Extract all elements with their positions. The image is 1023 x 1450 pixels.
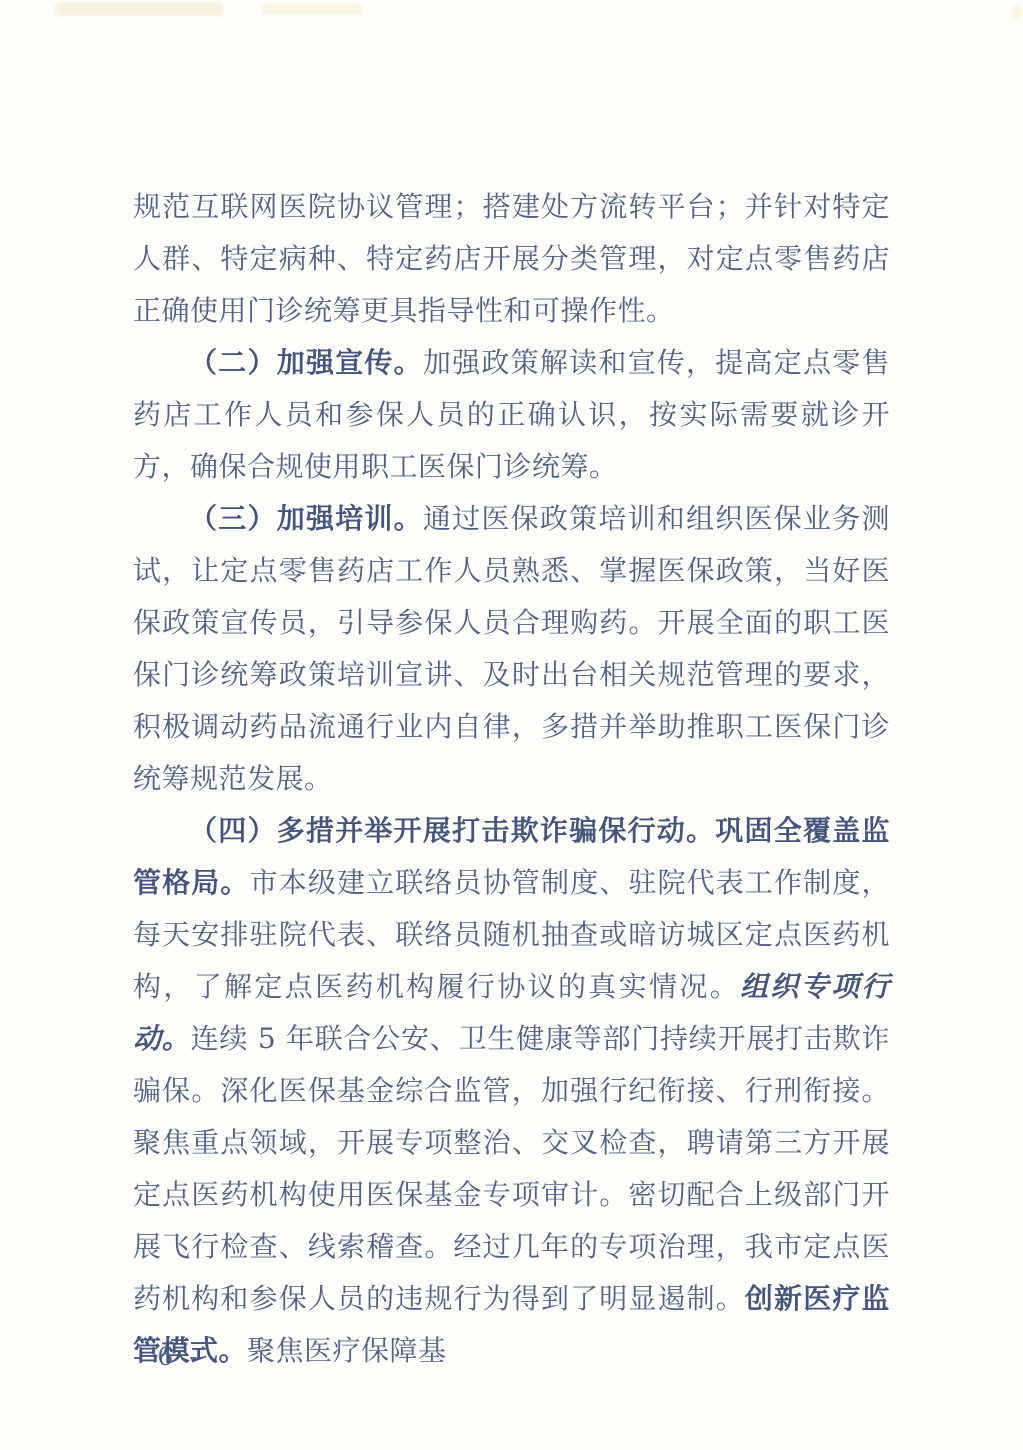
paragraph: （二）加强宣传。加强政策解读和宣传，提高定点零售药店工作人员和参保人员的正确认识… <box>133 337 890 493</box>
text-segment: （三）加强培训。 <box>189 502 423 535</box>
text-segment: 连续 5 年联合公安、卫生健康等部门持续开展打击欺诈骗保。深化医保基金综合监管，… <box>133 1022 890 1315</box>
scan-artifact <box>55 2 223 16</box>
text-segment: （二）加强宣传。 <box>189 346 423 379</box>
text-segment: 规范互联网医院协议管理；搭建处方流转平台；并针对特定人群、特定病种、特定药店开展… <box>133 190 890 327</box>
paragraph: （四）多措并举开展打击欺诈骗保行动。巩固全覆盖监管格局。市本级建立联络员协管制度… <box>133 805 890 1377</box>
text-segment: （四）多措并举开展打击欺诈骗保行动。 <box>189 814 715 847</box>
page-number: - 6 - <box>133 1337 202 1377</box>
scan-artifact <box>1012 6 1022 19</box>
scan-artifact <box>262 4 362 15</box>
paragraph: （三）加强培训。通过医保政策培训和组织医保业务测试，让定点零售药店工作人员熟悉、… <box>133 493 890 805</box>
document-body: 规范互联网医院协议管理；搭建处方流转平台；并针对特定人群、特定病种、特定药店开展… <box>133 181 890 1377</box>
text-segment: 通过医保政策培训和组织医保业务测试，让定点零售药店工作人员熟悉、掌握医保政策，当… <box>133 502 890 795</box>
text-segment: 聚焦医疗保障基 <box>247 1334 447 1367</box>
document-page: 规范互联网医院协议管理；搭建处方流转平台；并针对特定人群、特定病种、特定药店开展… <box>0 0 1023 1450</box>
paragraph: 规范互联网医院协议管理；搭建处方流转平台；并针对特定人群、特定病种、特定药店开展… <box>133 181 890 337</box>
